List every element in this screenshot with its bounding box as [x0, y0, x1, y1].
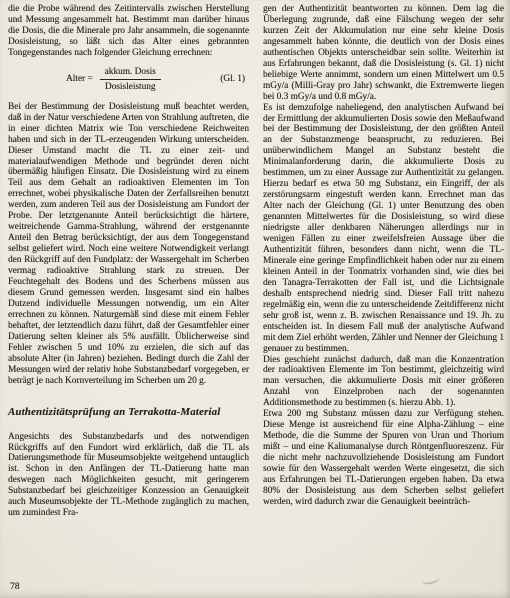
paragraph-konzentration: Dies geschieht zunächst dadurch, daß man… — [263, 355, 504, 410]
right-column: gen der Authentizität beantworten zu kön… — [263, 4, 504, 598]
equation-fraction: akkum. Dosis Dosisleistung — [100, 66, 161, 93]
paragraph-substanzmenge: Etwa 200 mg Substanz müssen dazu zur Ver… — [263, 409, 504, 508]
equation-numerator: akkum. Dosis — [100, 66, 161, 79]
equation-gl1: Alter = akkum. Dosis Dosisleistung (Gl. … — [8, 66, 249, 93]
paragraph-dosisleistung: Bei der Bestimmung der Dosisleistung muß… — [8, 102, 249, 387]
equation-lhs: Alter = — [66, 74, 93, 84]
paragraph-authentizitaet: gen der Authentizität beantworten zu kön… — [263, 4, 504, 103]
equation-denominator: Dosisleistung — [100, 79, 161, 93]
paragraph-intro: die die Probe während des Zeitintervalls… — [8, 4, 249, 59]
left-column: die die Probe während des Zeitintervalls… — [8, 4, 249, 598]
section-heading: Authentizitätsprüfung an Terrakotta-Mate… — [8, 406, 249, 418]
equation-label: (Gl. 1) — [220, 74, 245, 84]
paragraph-angesichts: Angesichts des Substanzbedarfs und des n… — [8, 432, 249, 520]
paragraph-analytischer-aufwand: Es ist demzufolge naheliegend, den analy… — [263, 103, 504, 355]
page-number: 78 — [10, 582, 20, 592]
scanned-book-page: die die Probe während des Zeitintervalls… — [0, 0, 510, 598]
